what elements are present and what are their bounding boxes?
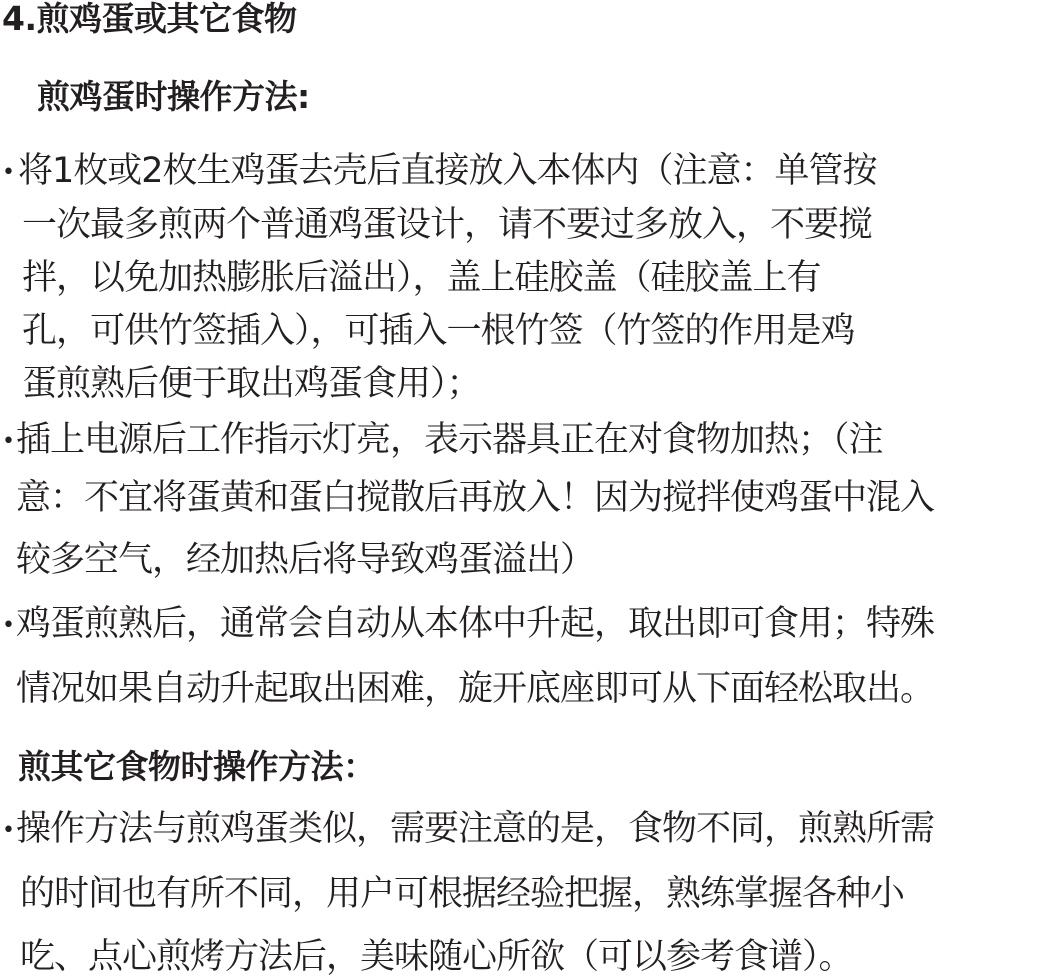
- bullet-line: 蛋煎熟后便于取出鸡蛋食用）；: [22, 367, 481, 402]
- bullet-line: 拌，以免加热膨胀后溢出），盖上硅胶盖（硅胶盖上有: [22, 261, 821, 296]
- bullet-icon: •: [2, 431, 15, 453]
- other-food-method-heading: 煎其它食物时操作方法：: [18, 750, 376, 783]
- bullet-line: 一次最多煎两个普通鸡蛋设计，请不要过多放入，不要搅: [22, 208, 872, 243]
- bullet-icon: •: [2, 162, 15, 184]
- bullet-line: 的时间也有所不同，用户可根据经验把握，熟练掌握各种小: [20, 877, 904, 912]
- bullet-line: 操作方法与煎鸡蛋类似，需要注意的是，食物不同，煎熟所需: [16, 812, 934, 847]
- bullet-icon: •: [2, 615, 15, 637]
- egg-method-heading: 煎鸡蛋时操作方法:: [37, 80, 310, 113]
- bullet-line: 情况如果自动升起取出困难，旋开底座即可从下面轻松取出。: [16, 672, 934, 707]
- bullet-line: 意：不宜将蛋黄和蛋白搅散后再放入！因为搅拌使鸡蛋中混入: [16, 481, 934, 516]
- bullet-icon: •: [2, 820, 15, 842]
- section-title: 4.煎鸡蛋或其它食物: [2, 2, 297, 35]
- bullet-line: 将1枚或2枚生鸡蛋去壳后直接放入本体内（注意：单管按: [18, 154, 1013, 189]
- bullet-line: 鸡蛋煎熟后，通常会自动从本体中升起，取出即可食用；特殊: [16, 607, 934, 642]
- bullet-line: 孔，可供竹签插入），可插入一根竹签（竹签的作用是鸡: [22, 314, 855, 349]
- bullet-line: 吃、点心煎烤方法后，美味随心所欲（可以参考食谱）。: [20, 940, 853, 975]
- bullet-line: 较多空气，经加热后将导致鸡蛋溢出）: [16, 543, 594, 578]
- bullet-line: 插上电源后工作指示灯亮，表示器具正在对食物加热；（注: [16, 423, 883, 458]
